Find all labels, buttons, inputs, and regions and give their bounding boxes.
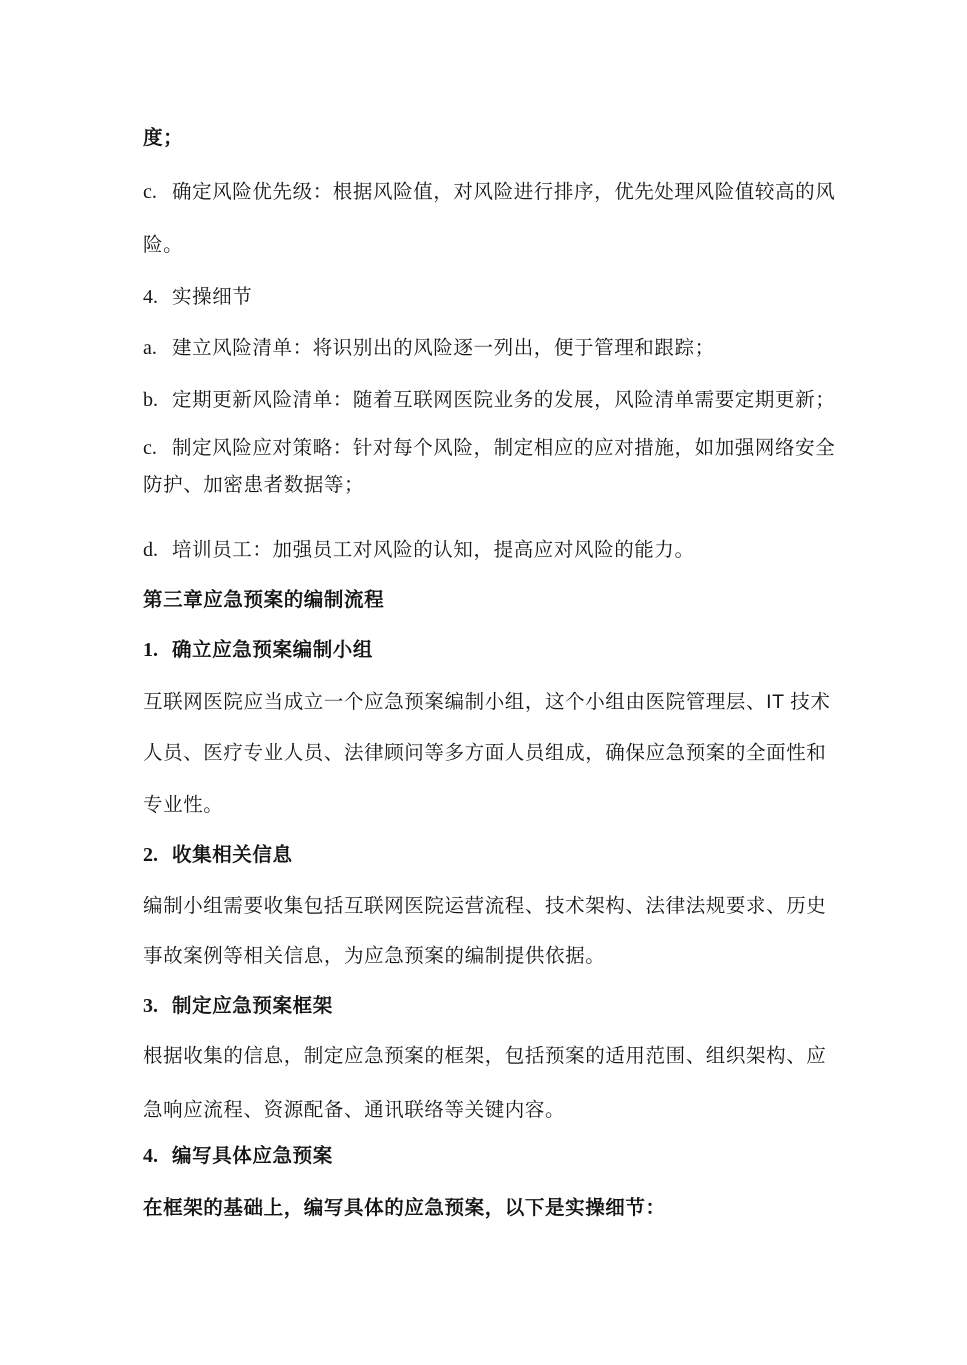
list-marker: c.: [143, 177, 172, 207]
list-marker: b.: [143, 385, 172, 415]
paragraph-framework-line-1: 根据收集的信息，制定应急预案的框架，包括预案的适用范围、组织架构、应: [143, 1041, 843, 1071]
line-text: 定期更新风险清单：随着互联网医院业务的发展，风险清单需要定期更新；: [172, 389, 835, 411]
heading-text: 确立应急预案编制小组: [172, 639, 373, 661]
line-text: 培训员工：加强员工对风险的认知，提高应对风险的能力。: [172, 539, 695, 561]
list-marker: c.: [143, 433, 172, 463]
document-page: 度； c.确定风险优先级：根据风险值，对风险进行排序，优先处理风险值较高的风 险…: [0, 0, 967, 1365]
line-text: 实操细节: [172, 286, 252, 308]
paragraph-collect-info-line-1: 编制小组需要收集包括互联网医院运营流程、技术架构、法律法规要求、历史: [143, 891, 843, 921]
line-text: 互联网医院应当成立一个应急预案编制小组，这个小组由医院管理层、IT 技术: [143, 691, 831, 713]
heading-text: 收集相关信息: [172, 844, 293, 866]
section-1-heading: 1.确立应急预案编制小组: [143, 635, 843, 665]
heading-text: 编写具体应急预案: [172, 1145, 333, 1167]
list-marker: 2.: [143, 840, 172, 870]
line-text: 险。: [143, 234, 183, 256]
paragraph-write-plan-intro: 在框架的基础上，编写具体的应急预案，以下是实操细节：: [143, 1193, 843, 1223]
section-2-heading: 2.收集相关信息: [143, 840, 843, 870]
wrapped-line-protection: 防护、加密患者数据等；: [143, 470, 843, 500]
list-marker: 4.: [143, 282, 172, 312]
section-4-heading: 4.编写具体应急预案: [143, 1141, 843, 1171]
list-item-a-build-risk-list: a.建立风险清单：将识别出的风险逐一列出，便于管理和跟踪；: [143, 333, 843, 363]
list-marker: 3.: [143, 991, 172, 1021]
list-item-b-update-risk-list: b.定期更新风险清单：随着互联网医院业务的发展，风险清单需要定期更新；: [143, 385, 843, 415]
paragraph-framework-line-2: 急响应流程、资源配备、通讯联络等关键内容。: [143, 1095, 843, 1125]
line-text: 确定风险优先级：根据风险值，对风险进行排序，优先处理风险值较高的风: [172, 181, 835, 203]
wrapped-line-du: 度；: [143, 123, 843, 153]
line-text: 度；: [143, 127, 183, 149]
line-text: 根据收集的信息，制定应急预案的框架，包括预案的适用范围、组织架构、应: [143, 1045, 826, 1067]
line-text: 急响应流程、资源配备、通讯联络等关键内容。: [143, 1099, 565, 1121]
list-marker: d.: [143, 535, 172, 565]
line-text: 编制小组需要收集包括互联网医院运营流程、技术架构、法律法规要求、历史: [143, 895, 826, 917]
heading-text: 制定应急预案框架: [172, 995, 333, 1017]
section-3-heading: 3.制定应急预案框架: [143, 991, 843, 1021]
line-text: 事故案例等相关信息，为应急预案的编制提供依据。: [143, 945, 605, 967]
chapter-3-heading: 第三章应急预案的编制流程: [143, 585, 843, 615]
list-item-c-risk-response: c.制定风险应对策略：针对每个风险，制定相应的应对措施，如加强网络安全: [143, 433, 843, 463]
list-item-4-practice-details: 4.实操细节: [143, 282, 843, 312]
line-text: 建立风险清单：将识别出的风险逐一列出，便于管理和跟踪；: [172, 337, 715, 359]
list-item-c-risk-priority: c.确定风险优先级：根据风险值，对风险进行排序，优先处理风险值较高的风: [143, 177, 843, 207]
line-text: 在框架的基础上，编写具体的应急预案，以下是实操细节：: [143, 1197, 666, 1219]
list-marker: 1.: [143, 635, 172, 665]
line-text: 专业性。: [143, 794, 223, 816]
list-item-d-train-staff: d.培训员工：加强员工对风险的认知，提高应对风险的能力。: [143, 535, 843, 565]
paragraph-team-line-1: 互联网医院应当成立一个应急预案编制小组，这个小组由医院管理层、IT 技术: [143, 687, 843, 717]
line-text: 制定风险应对策略：针对每个风险，制定相应的应对措施，如加强网络安全: [172, 437, 835, 459]
line-text: 人员、医疗专业人员、法律顾问等多方面人员组成，确保应急预案的全面性和: [143, 742, 826, 764]
paragraph-collect-info-line-2: 事故案例等相关信息，为应急预案的编制提供依据。: [143, 941, 843, 971]
heading-text: 第三章应急预案的编制流程: [143, 589, 384, 611]
paragraph-team-line-2: 人员、医疗专业人员、法律顾问等多方面人员组成，确保应急预案的全面性和: [143, 738, 843, 768]
wrapped-line-risk: 险。: [143, 230, 843, 260]
paragraph-team-line-3: 专业性。: [143, 790, 843, 820]
list-marker: 4.: [143, 1141, 172, 1171]
list-marker: a.: [143, 333, 172, 363]
line-text: 防护、加密患者数据等；: [143, 474, 364, 496]
